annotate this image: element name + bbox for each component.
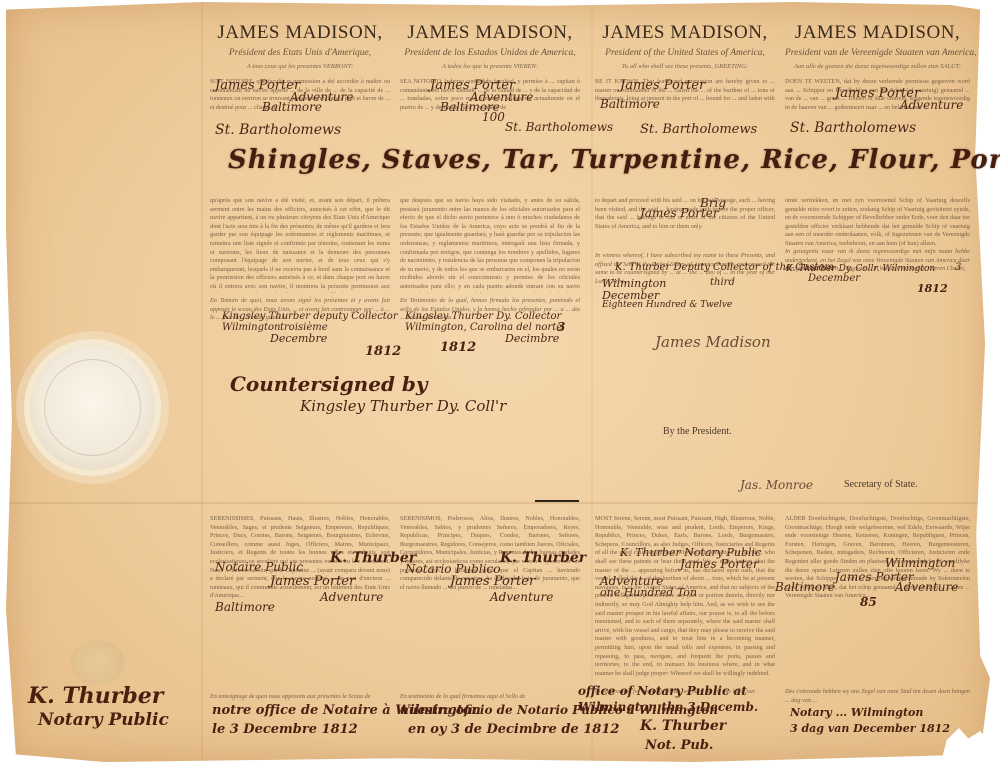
hw-master-fr: James Porter: [215, 78, 300, 93]
president-title-es: President de los Estados Unidos de Ameri…: [400, 48, 580, 58]
divider-rule: [535, 500, 579, 502]
fold-line-vertical-2: [591, 2, 593, 762]
hw-master-lower-en: James Porter: [680, 557, 759, 571]
body-text-fr: qu'après que son navire a été visité, et…: [210, 197, 390, 293]
hw-month-nl: December: [808, 273, 860, 284]
hw-year-fr: 1812: [365, 344, 401, 359]
hw-day-nl: 3: [955, 262, 961, 273]
fold-line-vertical: [201, 2, 203, 762]
hw-notaire-title-fr: Notaire Public: [215, 560, 303, 574]
notary-seal: [70, 640, 125, 685]
hw-master-en: James Porter: [620, 78, 705, 93]
hw-vessel-lower-fr: Adventure: [320, 590, 383, 604]
lower-closing-nl: Des t'oirconde hebben wy ons Zegel van o…: [785, 688, 970, 705]
fold-line-horizontal: [6, 502, 990, 504]
president-name-es: JAMES MADISON,: [400, 22, 580, 44]
hw-year-nl: 1812: [917, 282, 948, 295]
secretary-of-state-label: Secretary of State.: [844, 479, 918, 490]
hw-homeport-lower-fr: Baltimore: [215, 600, 275, 614]
hw-destination-fr: St. Bartholomews: [215, 122, 341, 138]
hw-year-es: 1812: [440, 340, 476, 355]
hw-notary-line2-nl: 3 dag van December 1812: [790, 722, 950, 735]
hw-homeport-en: Baltimore: [600, 97, 660, 111]
president-signature: James Madison: [655, 333, 771, 351]
hw-countersign-fr: Kingsley Thurber deputy Collector: [222, 311, 398, 322]
greeting-fr: A tous ceux qui les presentes VERRONT:: [210, 63, 390, 70]
hw-tons-lower-nl: 85: [860, 595, 877, 609]
hw-notary-line2-en: Wilmington the 3 Decemb.: [578, 700, 758, 714]
column-french-header: JAMES MADISON, Président des Etats Unis …: [210, 22, 390, 70]
hw-notary-line2-fr: le 3 Decembre 1812: [212, 722, 358, 737]
column-english-header: JAMES MADISON, President of the United S…: [595, 22, 775, 70]
hw-notaire-sig-fr: K. Thurber: [330, 550, 416, 566]
lower-closing-es: En testimonio de lo qual firmamos aqui e…: [400, 693, 580, 702]
hw-countersigner-name: Kingsley Thurber Dy. Coll'r: [300, 397, 506, 415]
president-name-nl: JAMES MADISON,: [785, 22, 970, 44]
hw-month-es: Decimbre: [505, 332, 559, 345]
body-text-en: to depart and proceed with his said ... …: [595, 197, 775, 249]
hw-master-en-2: James Porter: [640, 206, 719, 220]
greeting-en: To all who shall see these presents, GRE…: [595, 63, 775, 70]
hw-notary-title: Notary Public: [38, 710, 169, 730]
president-name-fr: JAMES MADISON,: [210, 22, 390, 44]
hw-master-lower-fr: James Porter: [270, 574, 355, 589]
hw-notary-title-en: Not. Pub.: [645, 738, 713, 753]
hw-tons-es: 100: [482, 110, 505, 124]
president-title-fr: Président des Etats Unis d'Amerique,: [210, 48, 390, 58]
body-text-es: que despues que su navio haya sido visit…: [400, 197, 580, 293]
hw-master-lower-es: James Porter: [450, 574, 535, 589]
by-the-president-label: By the President.: [663, 426, 732, 437]
president-title-en: President of the United States of Americ…: [595, 48, 775, 58]
greeting-es: A todos los que la presente VIEREN:: [400, 63, 580, 70]
seal-ring: [44, 359, 141, 456]
hw-notary-signature: K. Thurber: [28, 683, 163, 709]
hw-year-en: Eighteen Hundred & Twelve: [602, 300, 732, 310]
lower-text-nl: ALDER Doorluchtigste, Doorluchtigste, Do…: [785, 515, 970, 685]
hw-notary-line1-en: office of Notary Public at: [578, 684, 747, 698]
hw-vessel-nl: Adventure: [900, 98, 963, 112]
hw-notary-line2-es: en oy 3 de Decimbre de 1812: [408, 722, 619, 737]
hw-month-fr: Decembre: [270, 332, 327, 345]
greeting-nl: Aan alle de geenen die deeze tegenwoordi…: [785, 63, 970, 70]
hw-destination-nl: St. Bartholomews: [790, 120, 916, 136]
hw-destination-es: St. Bartholomews: [505, 120, 613, 134]
lower-closing-fr: En temoignage de quoi nous apposons aux …: [210, 693, 390, 702]
hw-destination-en: St. Bartholomews: [640, 122, 757, 137]
lower-text-en: MOST Serene, Serene, most Puissant, Puis…: [595, 515, 775, 685]
hw-homeport-lower-nl: Baltimore: [775, 580, 835, 594]
hw-place-lower-nl: Wilmington: [885, 556, 955, 570]
hw-vessel-lower-nl: Adventure: [895, 580, 958, 594]
president-name-en: JAMES MADISON,: [595, 22, 775, 44]
hw-notary-line1-nl: Notary ... Wilmington: [790, 706, 923, 719]
column-dutch-header: JAMES MADISON, President van de Vereenig…: [785, 22, 970, 70]
column-spanish-header: JAMES MADISON, President de los Estados …: [400, 22, 580, 70]
embossed-seal: [30, 345, 155, 470]
hw-notario-sig-es: K. Thurber: [500, 550, 586, 566]
hw-notary-sig-en: K. Thurber: [640, 718, 726, 734]
hw-countersigned-by: Countersigned by: [230, 372, 428, 396]
secretary-signature: Jas. Monroe: [740, 478, 813, 492]
hw-day-en: third: [710, 277, 735, 288]
hw-tons-lower-en: one Hundred Ton: [600, 586, 697, 599]
president-title-nl: President van de Vereenigde Staaten van …: [785, 48, 970, 58]
hw-homeport-fr: Baltimore: [262, 100, 322, 114]
hw-countersign-es: Kingsley Thurber Dy. Collector: [405, 311, 561, 322]
hw-vessel-lower-es: Adventure: [490, 590, 553, 604]
hw-cargo-list: Shingles, Staves, Tar, Turpentine, Rice,…: [228, 145, 1000, 175]
